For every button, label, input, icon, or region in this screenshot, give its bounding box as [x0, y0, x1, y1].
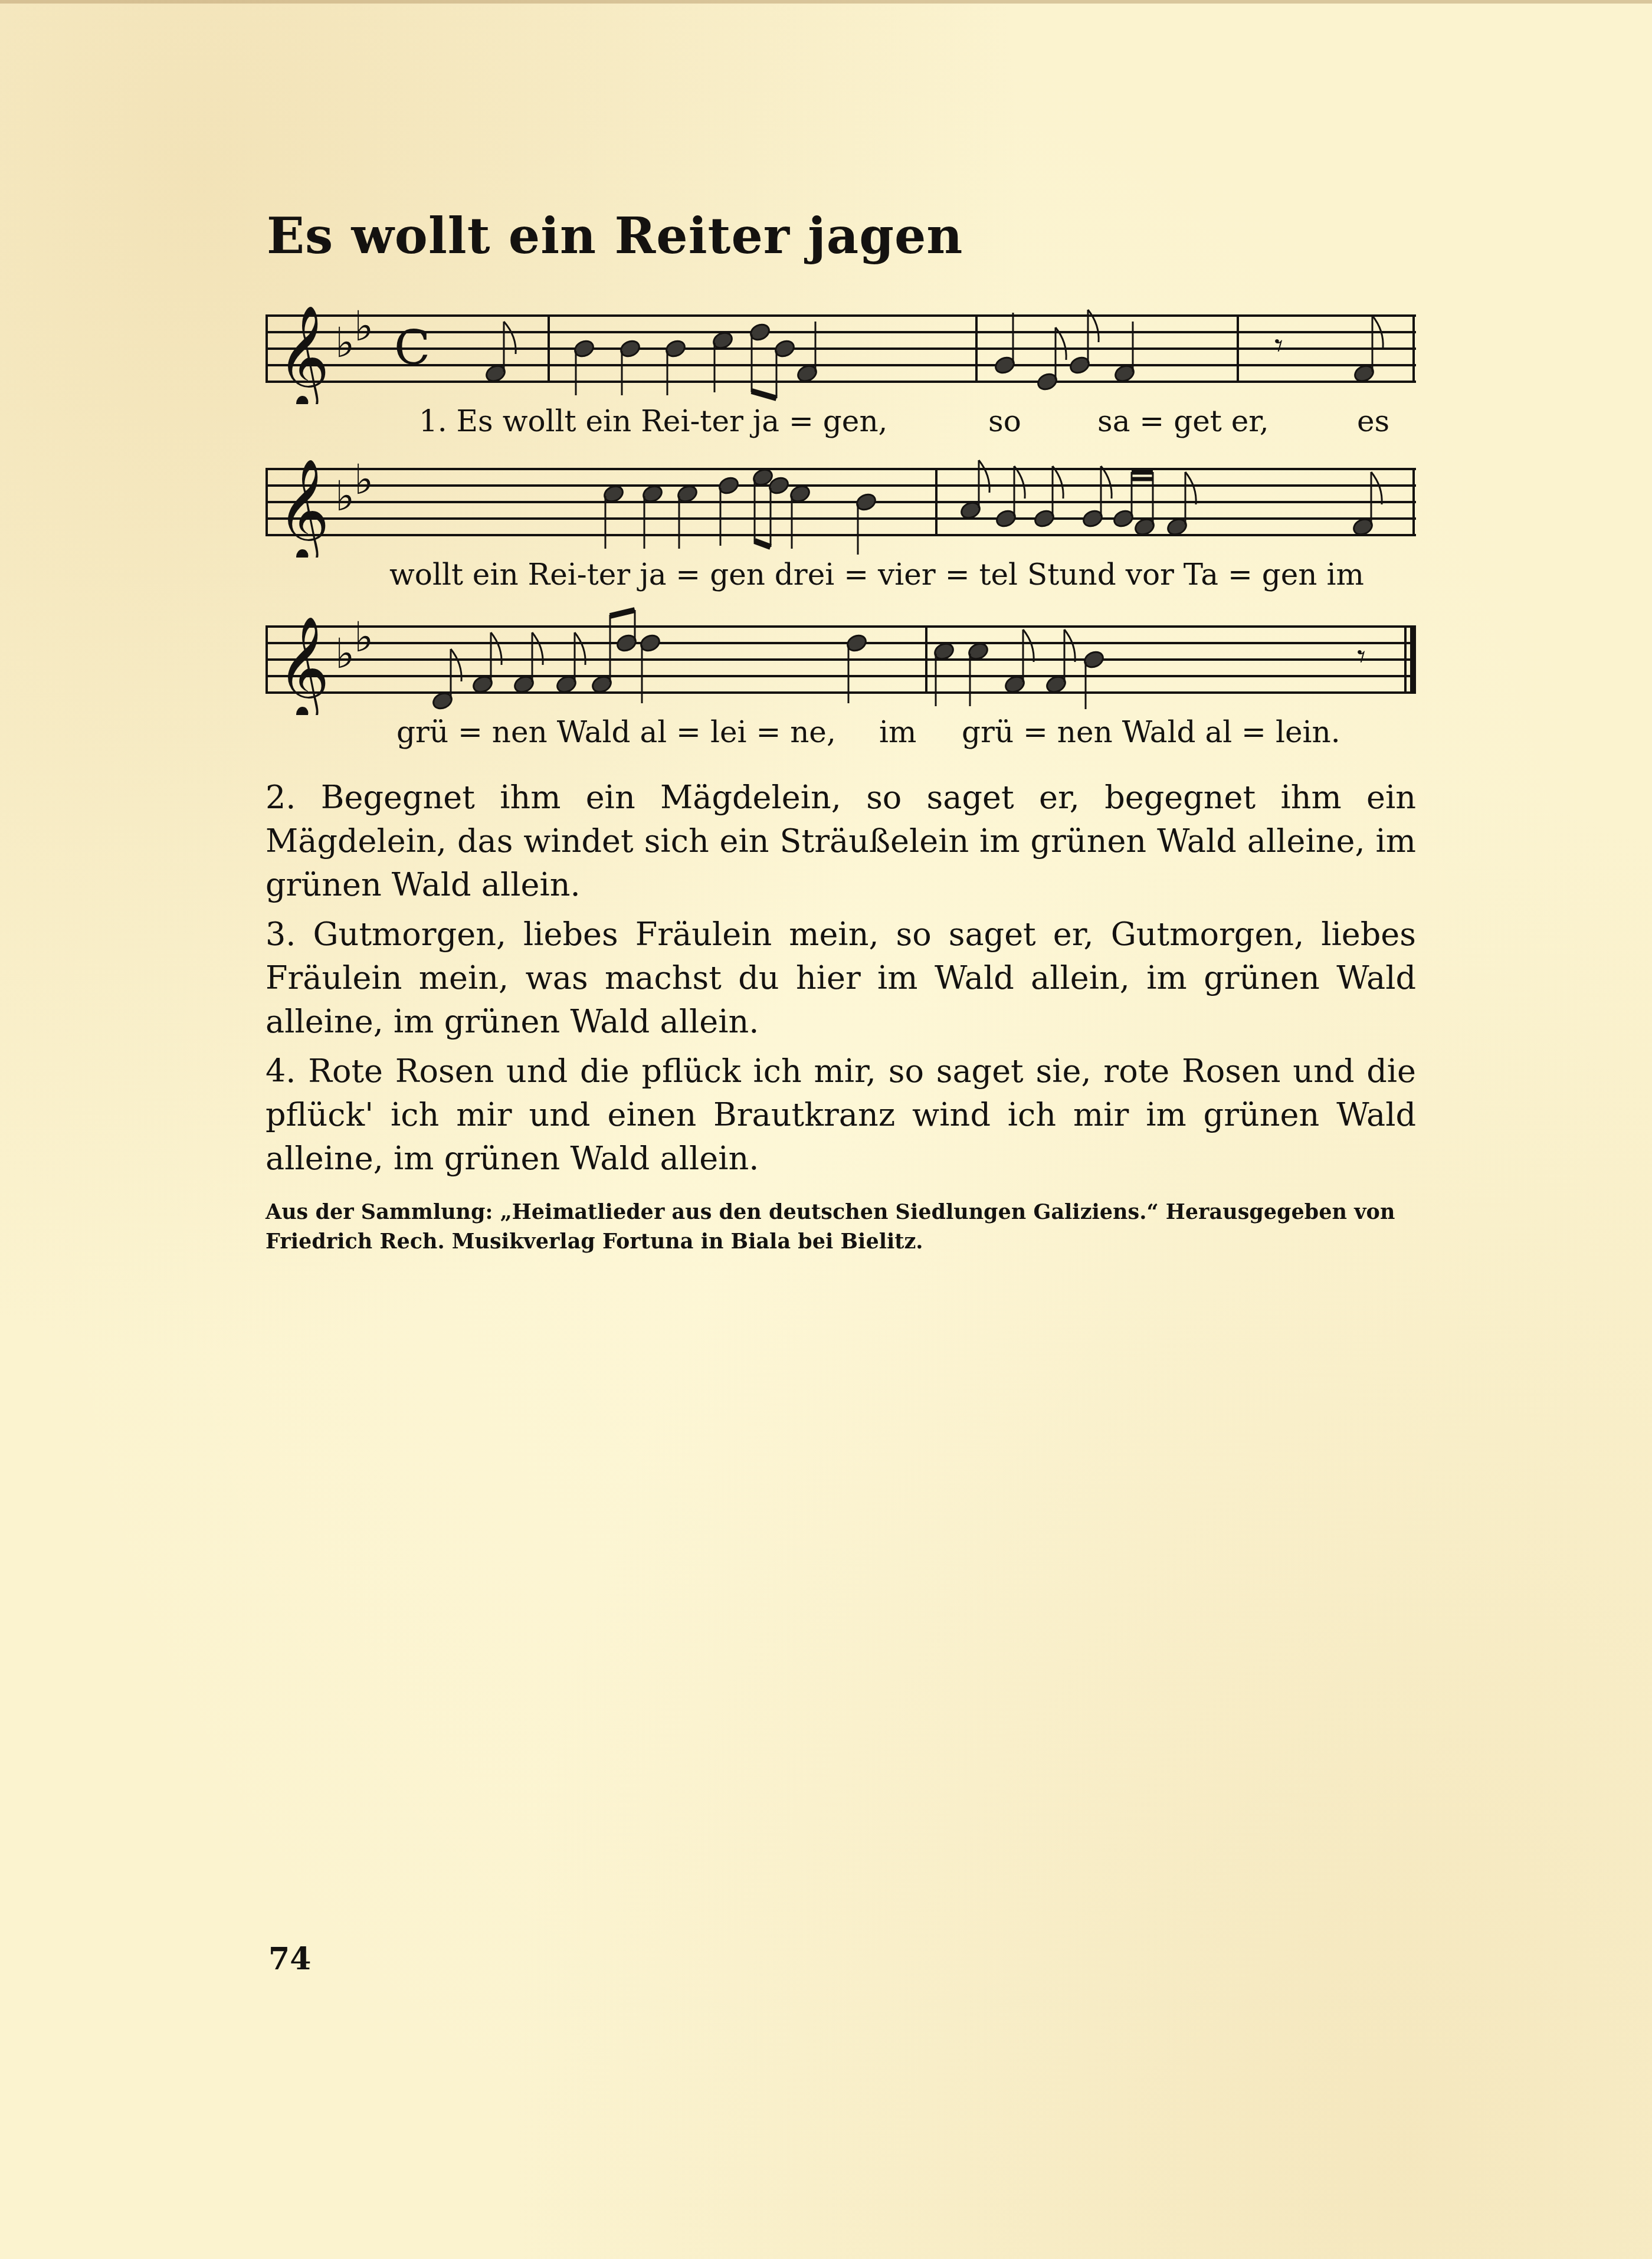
- eighth-rest-icon: 𝄾: [1274, 327, 1283, 365]
- flat-icon: ♭: [335, 319, 355, 367]
- staff-2-notation: 𝄞 ♭ ♭: [265, 451, 1416, 558]
- music-staff-1: 𝄞 ♭ ♭ C: [265, 298, 1416, 445]
- song-title: Es wollt ein Reiter jagen: [267, 206, 963, 265]
- treble-clef-icon: 𝄞: [277, 616, 330, 715]
- lyric-fragment: grü = nen Wald al = lei = ne,: [396, 715, 836, 749]
- page-number: 74: [268, 1941, 311, 1977]
- lyric-fragment: wollt ein Rei-ter ja = gen drei = vier =…: [389, 558, 1364, 592]
- verse-number: 4.: [265, 1053, 296, 1090]
- staff-3-notation: 𝄞 ♭ ♭ 𝄾: [265, 603, 1416, 715]
- final-barline: [1410, 627, 1416, 693]
- staff-3-lyrics: grü = nen Wald al = lei = ne, im grü = n…: [265, 715, 1416, 756]
- lyric-fragment: 1. Es wollt ein Rei-ter ja = gen,: [419, 404, 887, 438]
- verse-2: 2. Begegnet ihm ein Mägdelein, so saget …: [265, 776, 1416, 907]
- verses: 2. Begegnet ihm ein Mägdelein, so saget …: [265, 776, 1416, 1186]
- verse-number: 3.: [265, 916, 296, 953]
- verse-number: 2.: [265, 779, 296, 816]
- flat-icon: ♭: [335, 629, 355, 678]
- music-staff-3: 𝄞 ♭ ♭ 𝄾 grü = nen Wald al = lei = ne, im…: [265, 603, 1416, 756]
- treble-clef-icon: 𝄞: [277, 458, 330, 558]
- staff-1-lyrics: 1. Es wollt ein Rei-ter ja = gen, so sa …: [265, 404, 1416, 445]
- flat-icon: ♭: [354, 613, 373, 661]
- lyric-fragment: sa = get er,: [1097, 404, 1269, 438]
- lyric-fragment: grü = nen Wald al = lein.: [962, 715, 1340, 749]
- music-staff-2: 𝄞 ♭ ♭ wollt ein Rei-ter ja = gen drei: [265, 451, 1416, 599]
- source-note: Aus der Sammlung: „Heimatlieder aus den …: [265, 1198, 1422, 1257]
- flat-icon: ♭: [354, 455, 373, 504]
- staff-1-notation: 𝄞 ♭ ♭ C: [265, 298, 1416, 404]
- verse-4: 4. Rote Rosen und die pflück ich mir, so…: [265, 1050, 1416, 1181]
- staff-2-lyrics: wollt ein Rei-ter ja = gen drei = vier =…: [265, 558, 1416, 599]
- verse-text: Begegnet ihm ein Mägdelein, so saget er,…: [265, 779, 1416, 903]
- lyric-fragment: so: [988, 404, 1021, 438]
- verse-text: Rote Rosen und die pflück ich mir, so sa…: [265, 1053, 1416, 1177]
- treble-clef-icon: 𝄞: [277, 305, 330, 404]
- verse-text: Gutmorgen, liebes Fräulein mein, so sage…: [265, 916, 1416, 1040]
- page-top-edge: [0, 0, 1652, 4]
- common-time-icon: C: [394, 320, 430, 375]
- lyric-fragment: im: [879, 715, 916, 749]
- flat-icon: ♭: [335, 472, 355, 520]
- flat-icon: ♭: [354, 302, 373, 350]
- eighth-rest-icon: 𝄾: [1357, 638, 1366, 676]
- verse-3: 3. Gutmorgen, liebes Fräulein mein, so s…: [265, 913, 1416, 1044]
- lyric-fragment: es: [1357, 404, 1389, 438]
